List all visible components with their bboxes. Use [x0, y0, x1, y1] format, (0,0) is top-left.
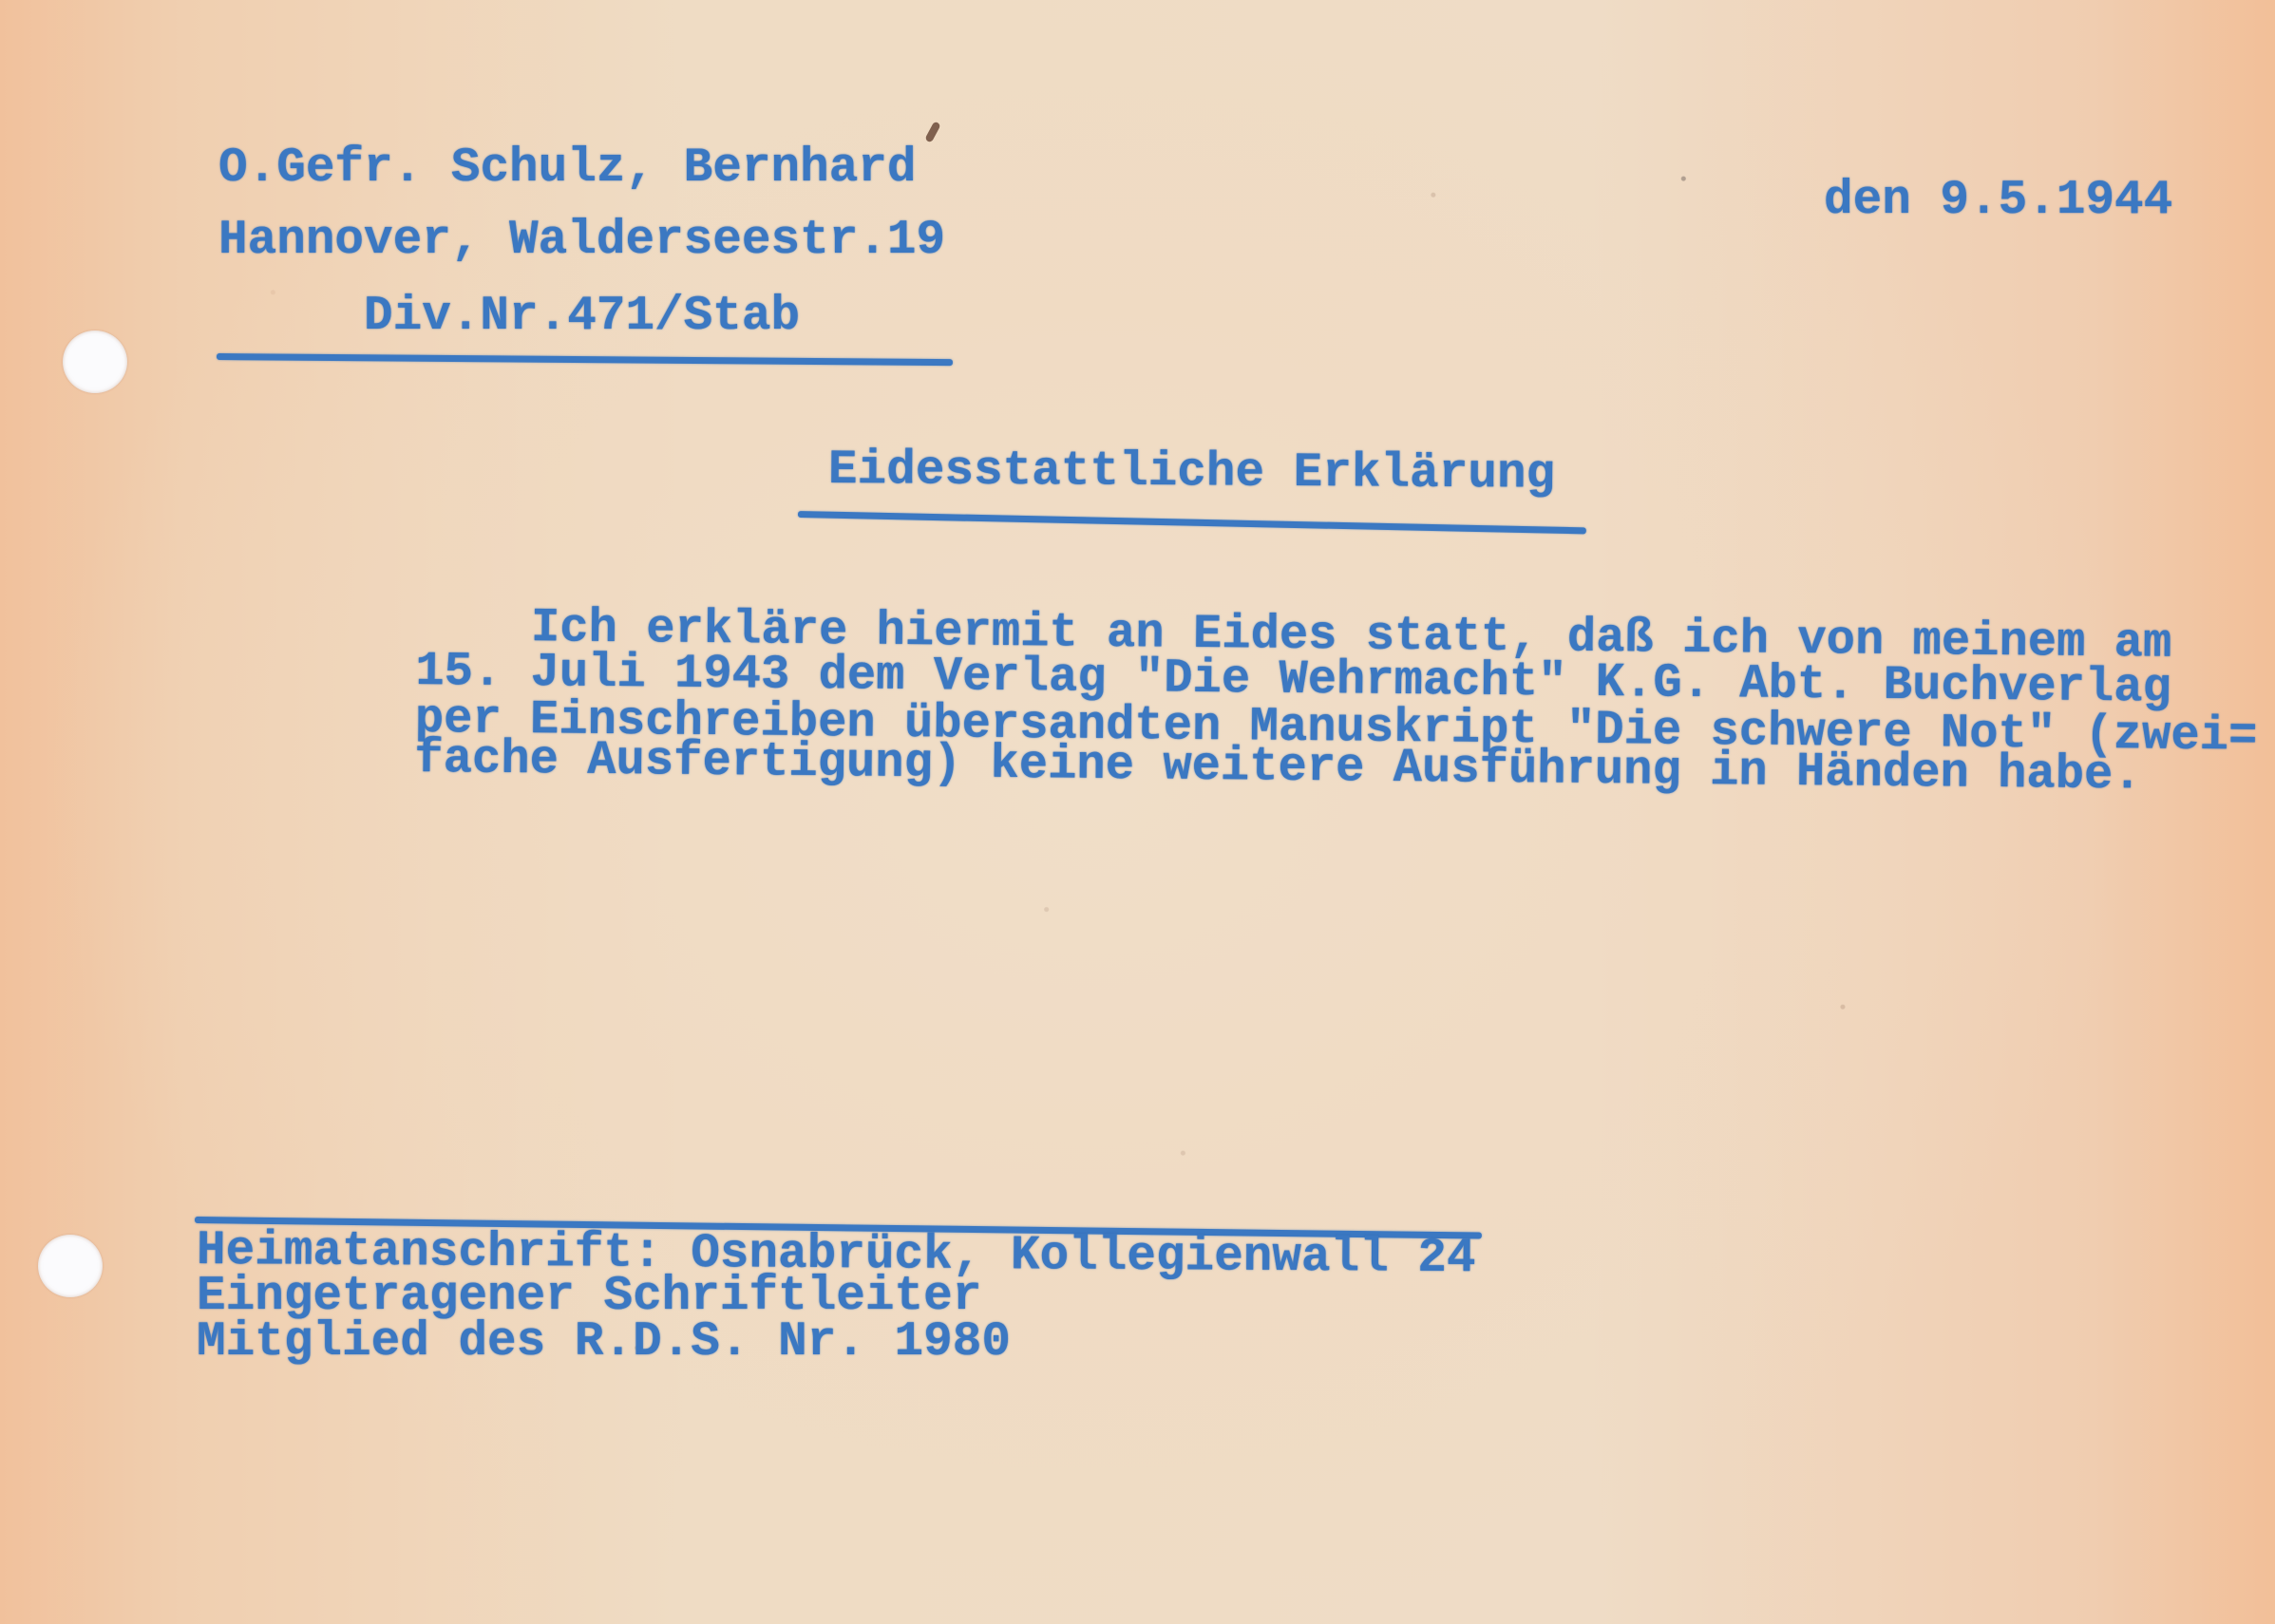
document-date: den 9.5.1944 [1824, 177, 2172, 225]
sender-address: Hannover, Walderseestr.19 [218, 217, 945, 265]
paper-fleck [924, 121, 940, 142]
editor-registration: Eingetragener Schriftleiter [197, 1273, 981, 1321]
punch-hole-top [63, 330, 127, 393]
membership-number: Mitglied des R.D.S. Nr. 1980 [197, 1318, 1011, 1367]
sender-unit: Div.Nr.471/Stab [364, 293, 800, 341]
document-title: Eidesstattliche Erklärung [828, 446, 1555, 500]
punch-hole-bottom [38, 1235, 103, 1297]
sender-underline [217, 353, 953, 366]
statement-body: Ich erkläre hiermit an Eides statt, daß … [414, 604, 2258, 802]
title-underline [798, 511, 1586, 534]
sender-name: O.Gefr. Schulz, Bernhard [218, 144, 917, 193]
